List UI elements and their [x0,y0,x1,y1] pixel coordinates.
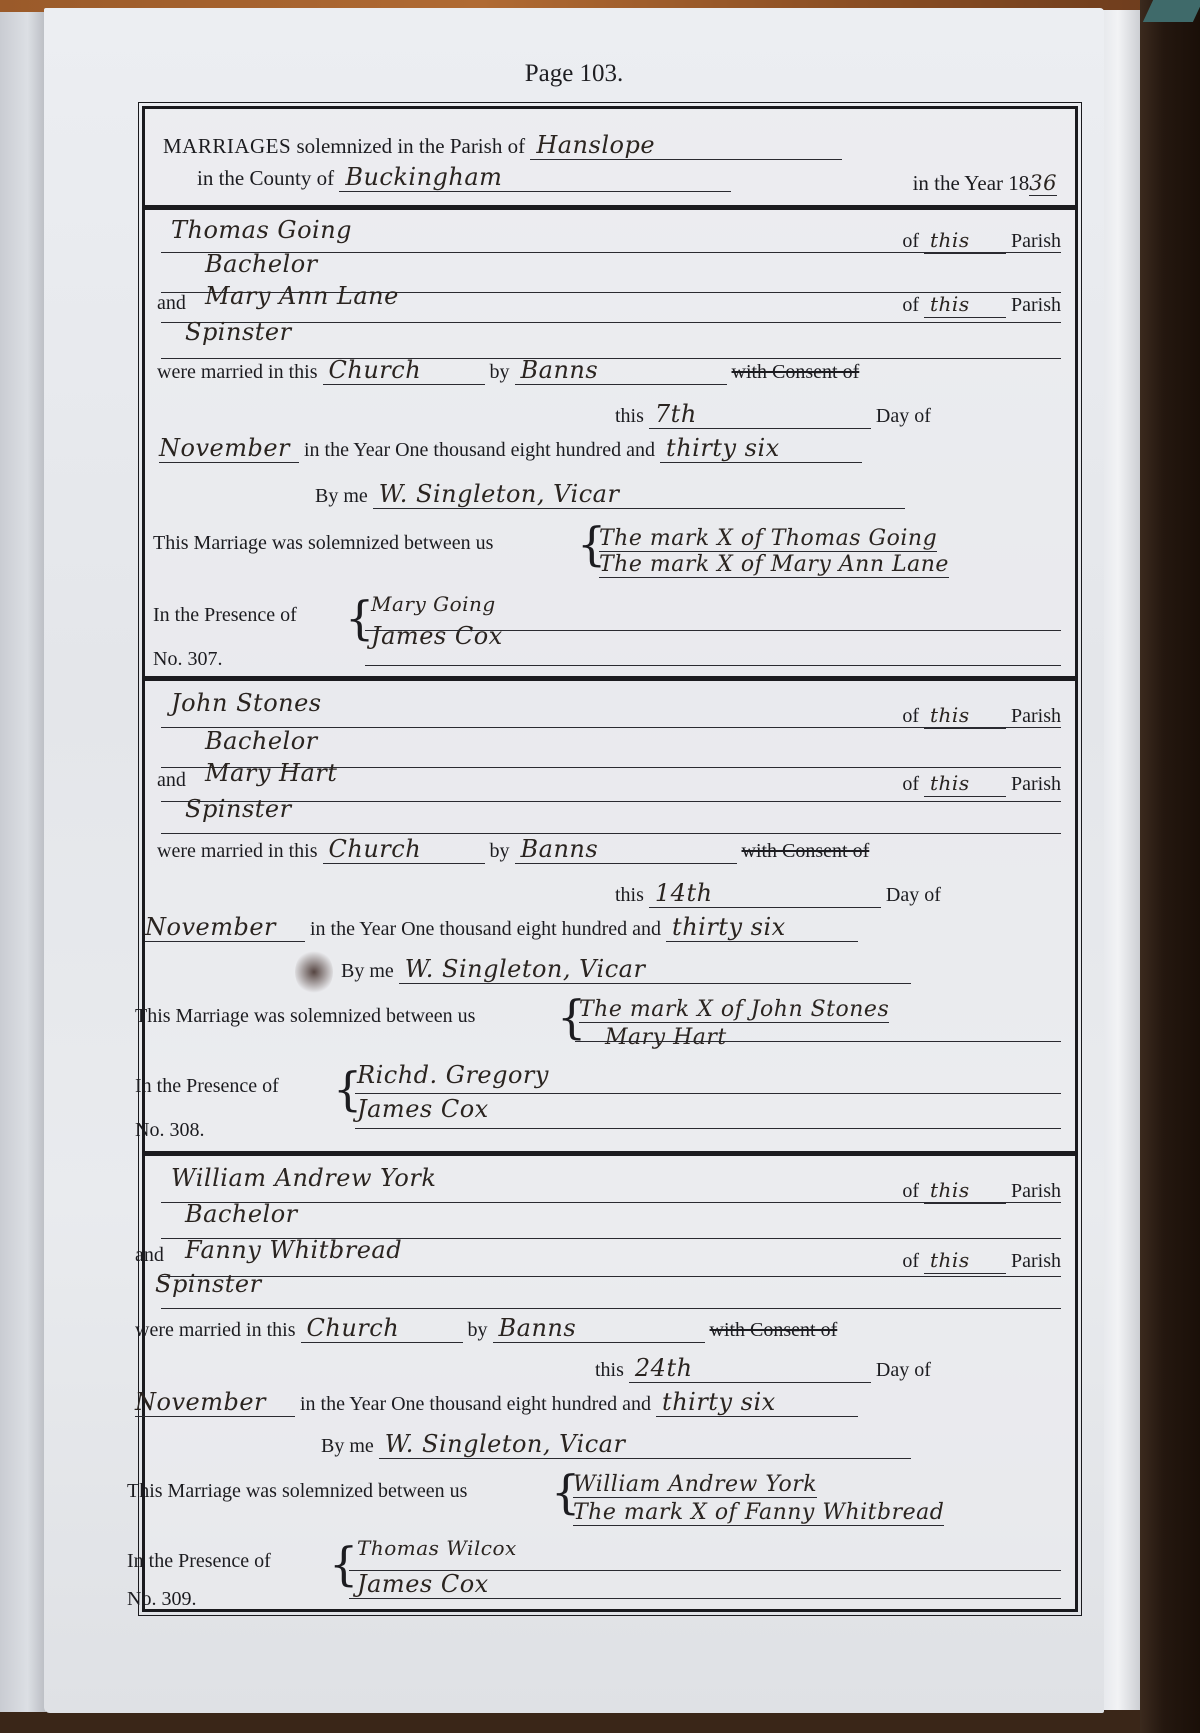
groom-status: Bachelor [205,250,318,278]
consent-label: with Consent of [732,361,860,383]
brace-icon: { [345,598,374,638]
bride-name: Mary Hart [205,759,337,787]
witness-1: Mary Going [371,592,496,616]
page-stack-edge [1100,10,1142,1710]
groom-status: Bachelor [205,727,318,755]
brace-icon: { [329,1544,358,1584]
county-name: Buckingham [345,163,502,191]
ribbon-marker [1143,0,1200,22]
witness-2: James Cox [357,1570,489,1598]
county-label: in the County of [197,166,334,190]
marriage-method: Banns [499,1314,577,1342]
register-header: MARRIAGES solemnized in the Parish of Ha… [145,109,1075,210]
officiant-signature: W. Singleton, Vicar [405,955,646,983]
party-signature-1: The mark X of Thomas Going [599,526,937,552]
bride-parish: this [930,292,970,316]
party-signature-2: The mark X of Mary Ann Lane [599,552,949,578]
marriage-entry-307: Thomas Going of this Parish Bachelor and… [145,210,1075,675]
officiant-signature: W. Singleton, Vicar [379,480,620,508]
bride-parish: this [930,1248,970,1272]
consent-label: with Consent of [742,840,870,862]
marriage-method: Banns [521,835,599,863]
bride-status: Spinster [155,1270,262,1298]
register-page: Page 103. MARRIAGES solemnized in the Pa… [44,8,1104,1713]
marriage-day: 7th [655,400,697,428]
groom-parish: this [930,703,970,727]
entry-number: No. 308. [135,1119,204,1142]
marriage-entry-309: William Andrew York of this Parish Bache… [145,1158,1075,1608]
marriage-year-words: thirty six [662,1388,776,1416]
groom-parish: this [930,1178,970,1202]
groom-name: John Stones [171,689,322,717]
bride-status: Spinster [185,318,292,346]
book-cover [1140,0,1200,1733]
year-suffix: 36 [1029,171,1057,196]
party-signature-1: The mark X of John Stones [579,997,889,1023]
officiant-signature: W. Singleton, Vicar [385,1430,626,1458]
year-label: in the Year 18 [913,171,1030,195]
ink-stain [295,949,333,995]
groom-parish: this [930,228,970,252]
marriage-register-form: MARRIAGES solemnized in the Parish of Ha… [142,106,1078,1612]
marriage-place: Church [329,835,422,863]
witness-2: James Cox [371,622,503,650]
marriage-day: 14th [655,879,713,907]
marriage-place: Church [329,356,422,384]
groom-name: Thomas Going [171,216,352,244]
page-number: Page 103. [44,60,1104,88]
marriage-month: November [145,913,276,941]
bride-status: Spinster [185,795,292,823]
marriage-month: November [159,434,290,462]
marriage-place: Church [307,1314,400,1342]
marriage-month: November [135,1388,266,1416]
party-signature-1: William Andrew York [573,1472,817,1498]
witness-1: Thomas Wilcox [357,1536,517,1560]
entry-number: No. 309. [127,1588,196,1611]
header-title: MARRIAGES [163,134,291,158]
witness-2: James Cox [357,1095,489,1123]
witness-1: Richd. Gregory [357,1061,549,1089]
marriage-method: Banns [521,356,599,384]
marriage-day: 24th [635,1354,693,1382]
consent-label: with Consent of [710,1319,838,1341]
groom-name: William Andrew York [171,1164,436,1192]
facing-page-edge [0,12,48,1712]
marriage-year-words: thirty six [666,434,780,462]
header-text: solemnized in the Parish of [296,134,525,158]
groom-status: Bachelor [185,1200,298,1228]
entry-number: No. 307. [153,648,222,671]
bride-name: Mary Ann Lane [205,282,399,310]
bride-name: Fanny Whitbread [185,1236,402,1264]
parish-name: Hanslope [536,131,655,159]
marriage-entry-308: John Stones of this Parish Bachelor and … [145,683,1075,1148]
bride-parish: this [930,771,970,795]
party-signature-2: The mark X of Fanny Whitbread [573,1500,944,1526]
party-signature-2: Mary Hart [605,1025,727,1050]
marriage-year-words: thirty six [672,913,786,941]
